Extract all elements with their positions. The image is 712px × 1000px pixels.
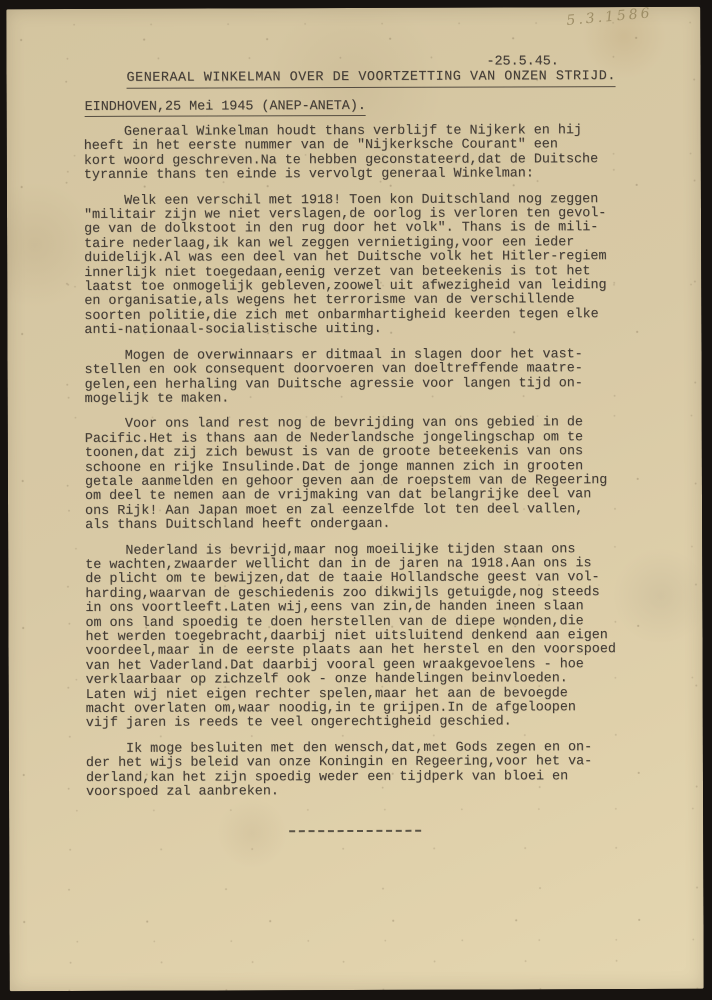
document-photo-background: { "page": { "archive_note": "5.3.1586", … — [0, 0, 712, 1000]
typewritten-page: 5.3.1586 -25.5.45. GENERAAL WINKELMAN OV… — [6, 7, 703, 991]
document-body: Generaal Winkelman houdt thans verblijf … — [84, 124, 658, 811]
closing-rule — [289, 830, 421, 832]
paragraph-3: Mogen de overwinnaars er ditmaal in slag… — [84, 348, 656, 408]
archive-note-handwritten: 5.3.1586 — [566, 5, 653, 29]
paragraph-1: Generaal Winkelman houdt thans verblijf … — [84, 124, 656, 184]
date-note: -25.5.45. — [486, 54, 558, 69]
document-title: GENERAAL WINKELMAN OVER DE VOORTZETTING … — [127, 69, 616, 89]
paragraph-5: Nederland is bevrijd,maar nog moeilijke … — [85, 543, 658, 732]
dateline: EINDHOVEN,25 Mei 1945 (ANEP-ANETA). — [85, 99, 366, 117]
paragraph-6: Ik moge besluiten met den wensch,dat,met… — [86, 741, 658, 801]
paragraph-2: Welk een verschil met 1918! Toen kon Dui… — [84, 193, 656, 339]
paragraph-4: Voor ons land rest nog de bevrijding van… — [85, 416, 657, 533]
